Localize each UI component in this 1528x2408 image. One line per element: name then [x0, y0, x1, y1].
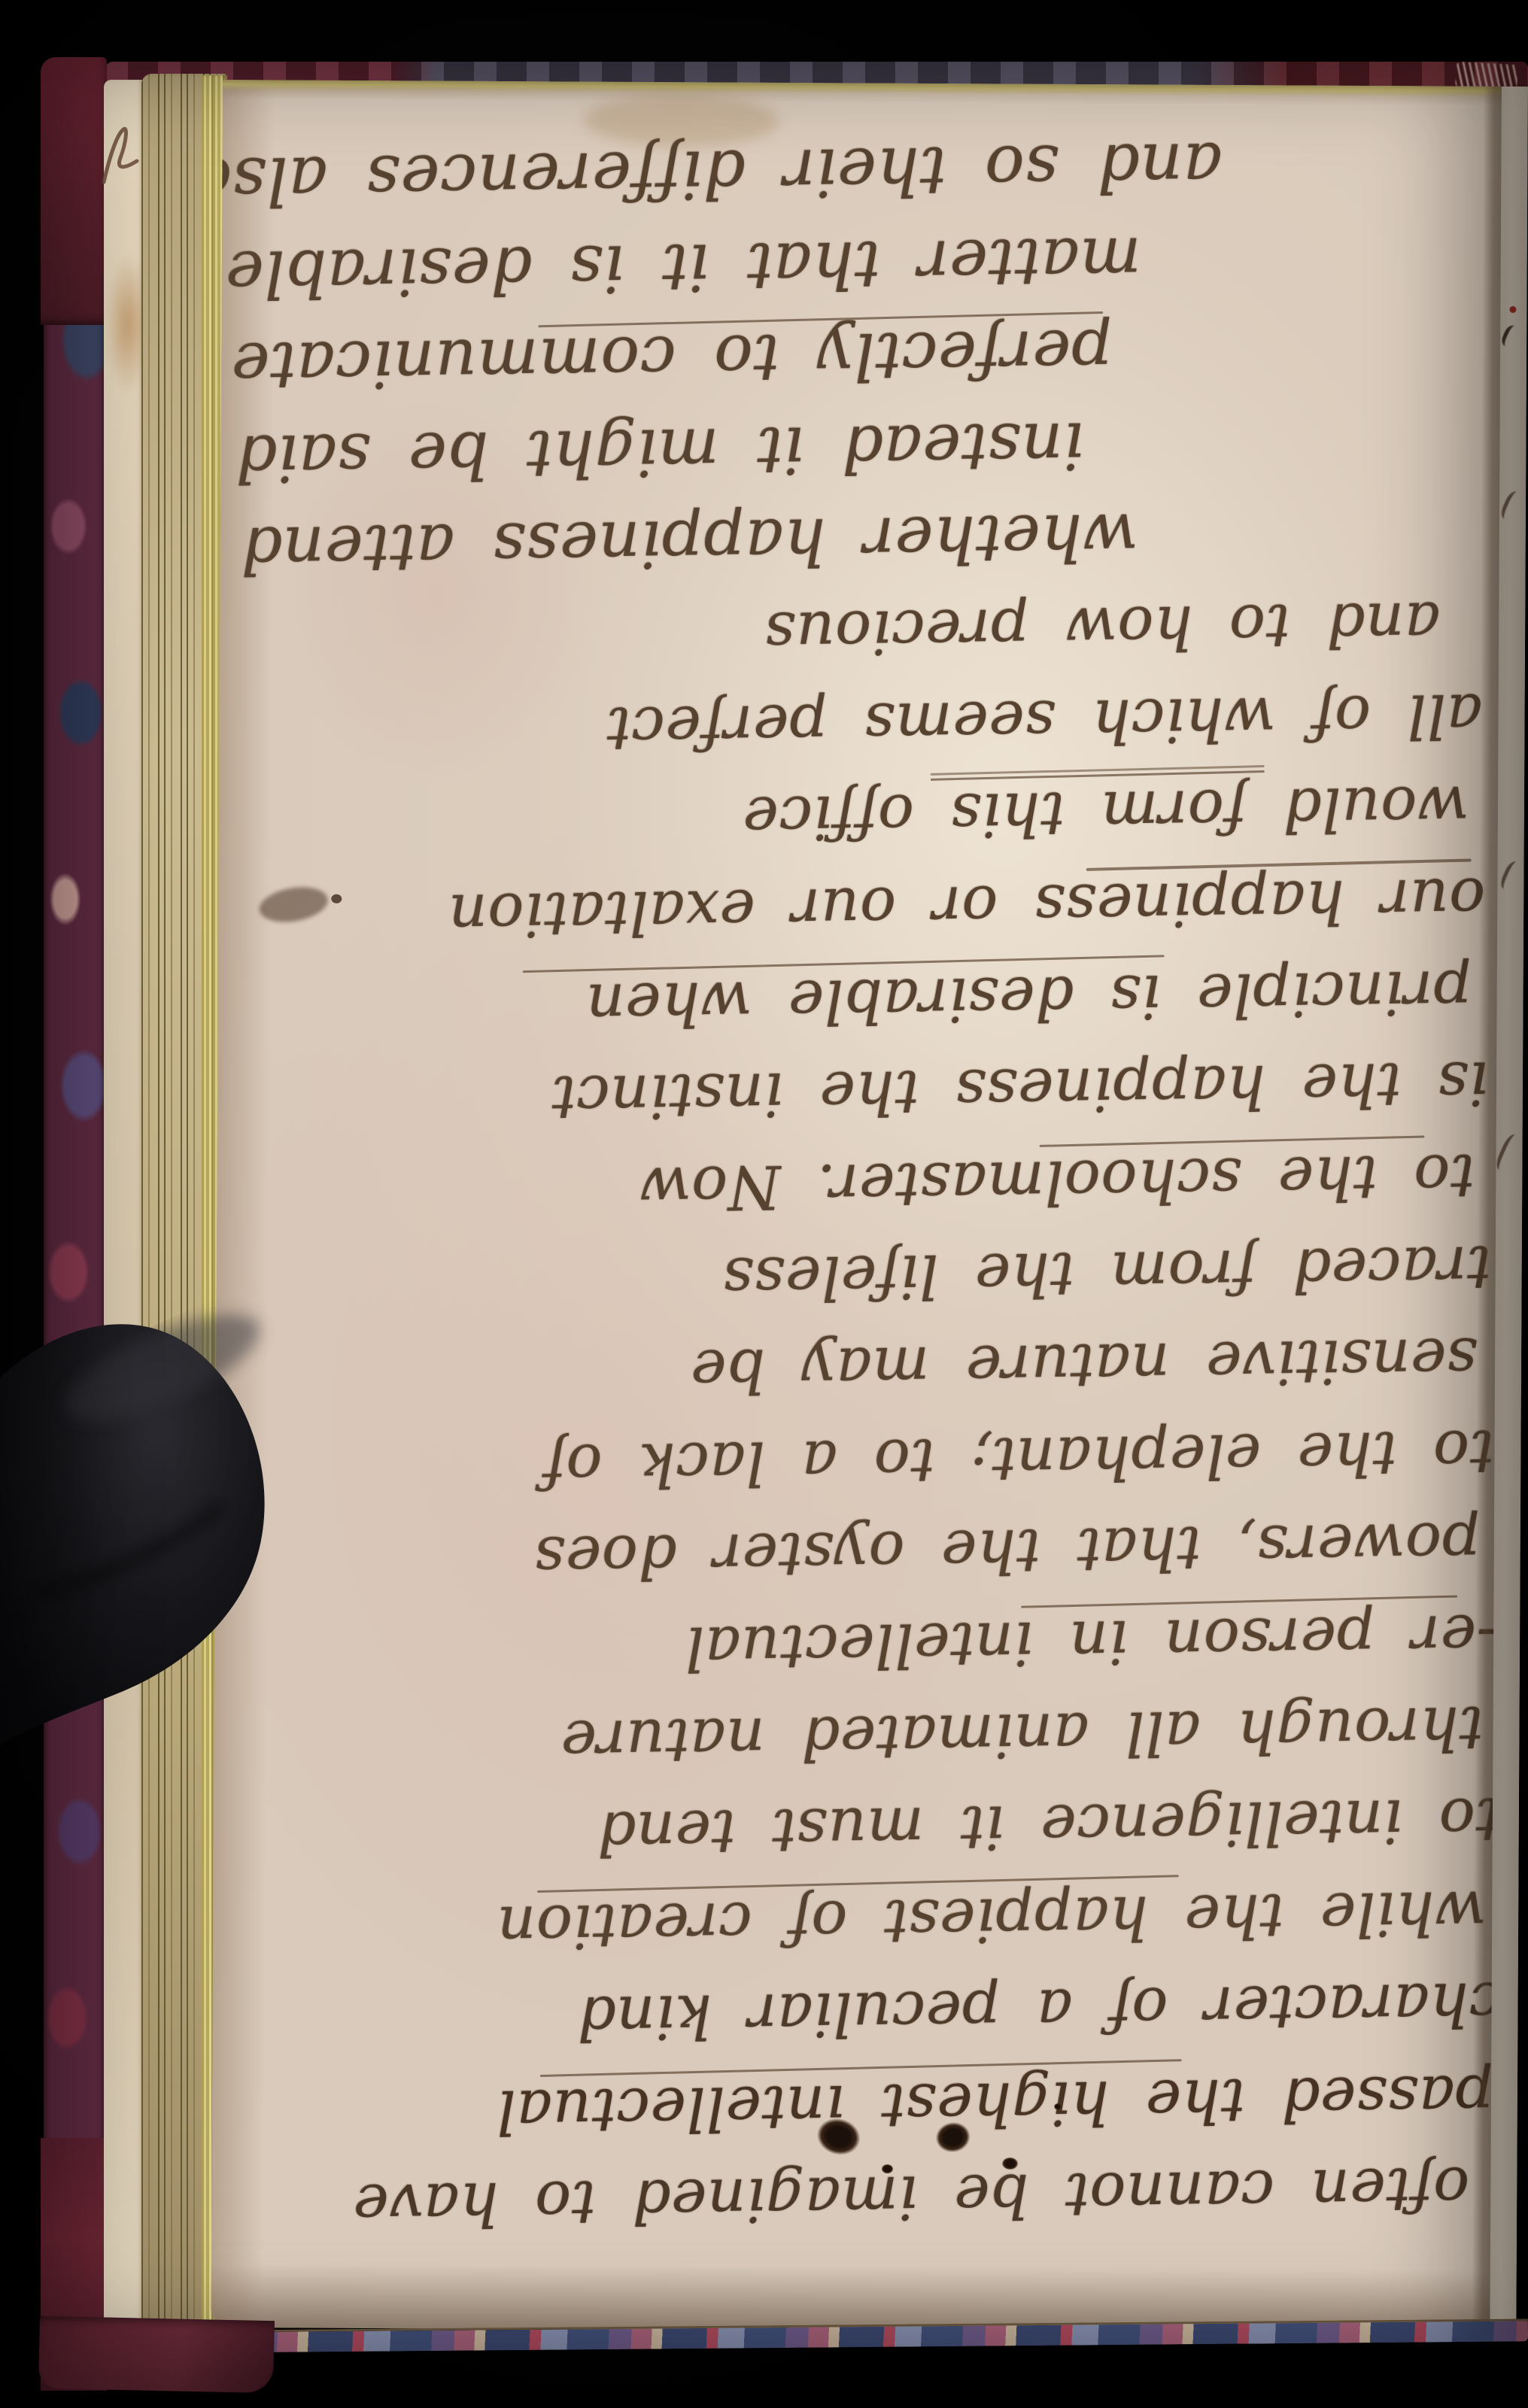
adjacent-page-ink-mark: [1499, 323, 1523, 351]
gloved-thumb: [0, 1279, 305, 1805]
flyleaf-edge: [104, 80, 143, 2328]
ink-blot: [1001, 2157, 1018, 2170]
ink-blot: [881, 2164, 893, 2174]
red-speck: [1509, 306, 1516, 313]
adjacent-page-ink-mark: [1493, 1132, 1524, 1174]
photograph-stage: often cannot be imagined to havepassed t…: [0, 0, 1528, 2408]
ink-blot: [1054, 2103, 1062, 2110]
adjacent-page-ink-mark: [1498, 859, 1526, 894]
leather-corner-bottom-left: [38, 2316, 275, 2394]
marbled-cover-edge: [44, 60, 105, 2391]
flyleaf-pen-mark: [95, 116, 147, 199]
adjacent-page-ink-mark: [1499, 489, 1526, 524]
ink-smudge-dot: [331, 894, 342, 903]
manuscript-page: often cannot be imagined to havepassed t…: [211, 80, 1528, 2334]
manuscript-text: often cannot be imagined to havepassed t…: [211, 115, 1518, 2253]
